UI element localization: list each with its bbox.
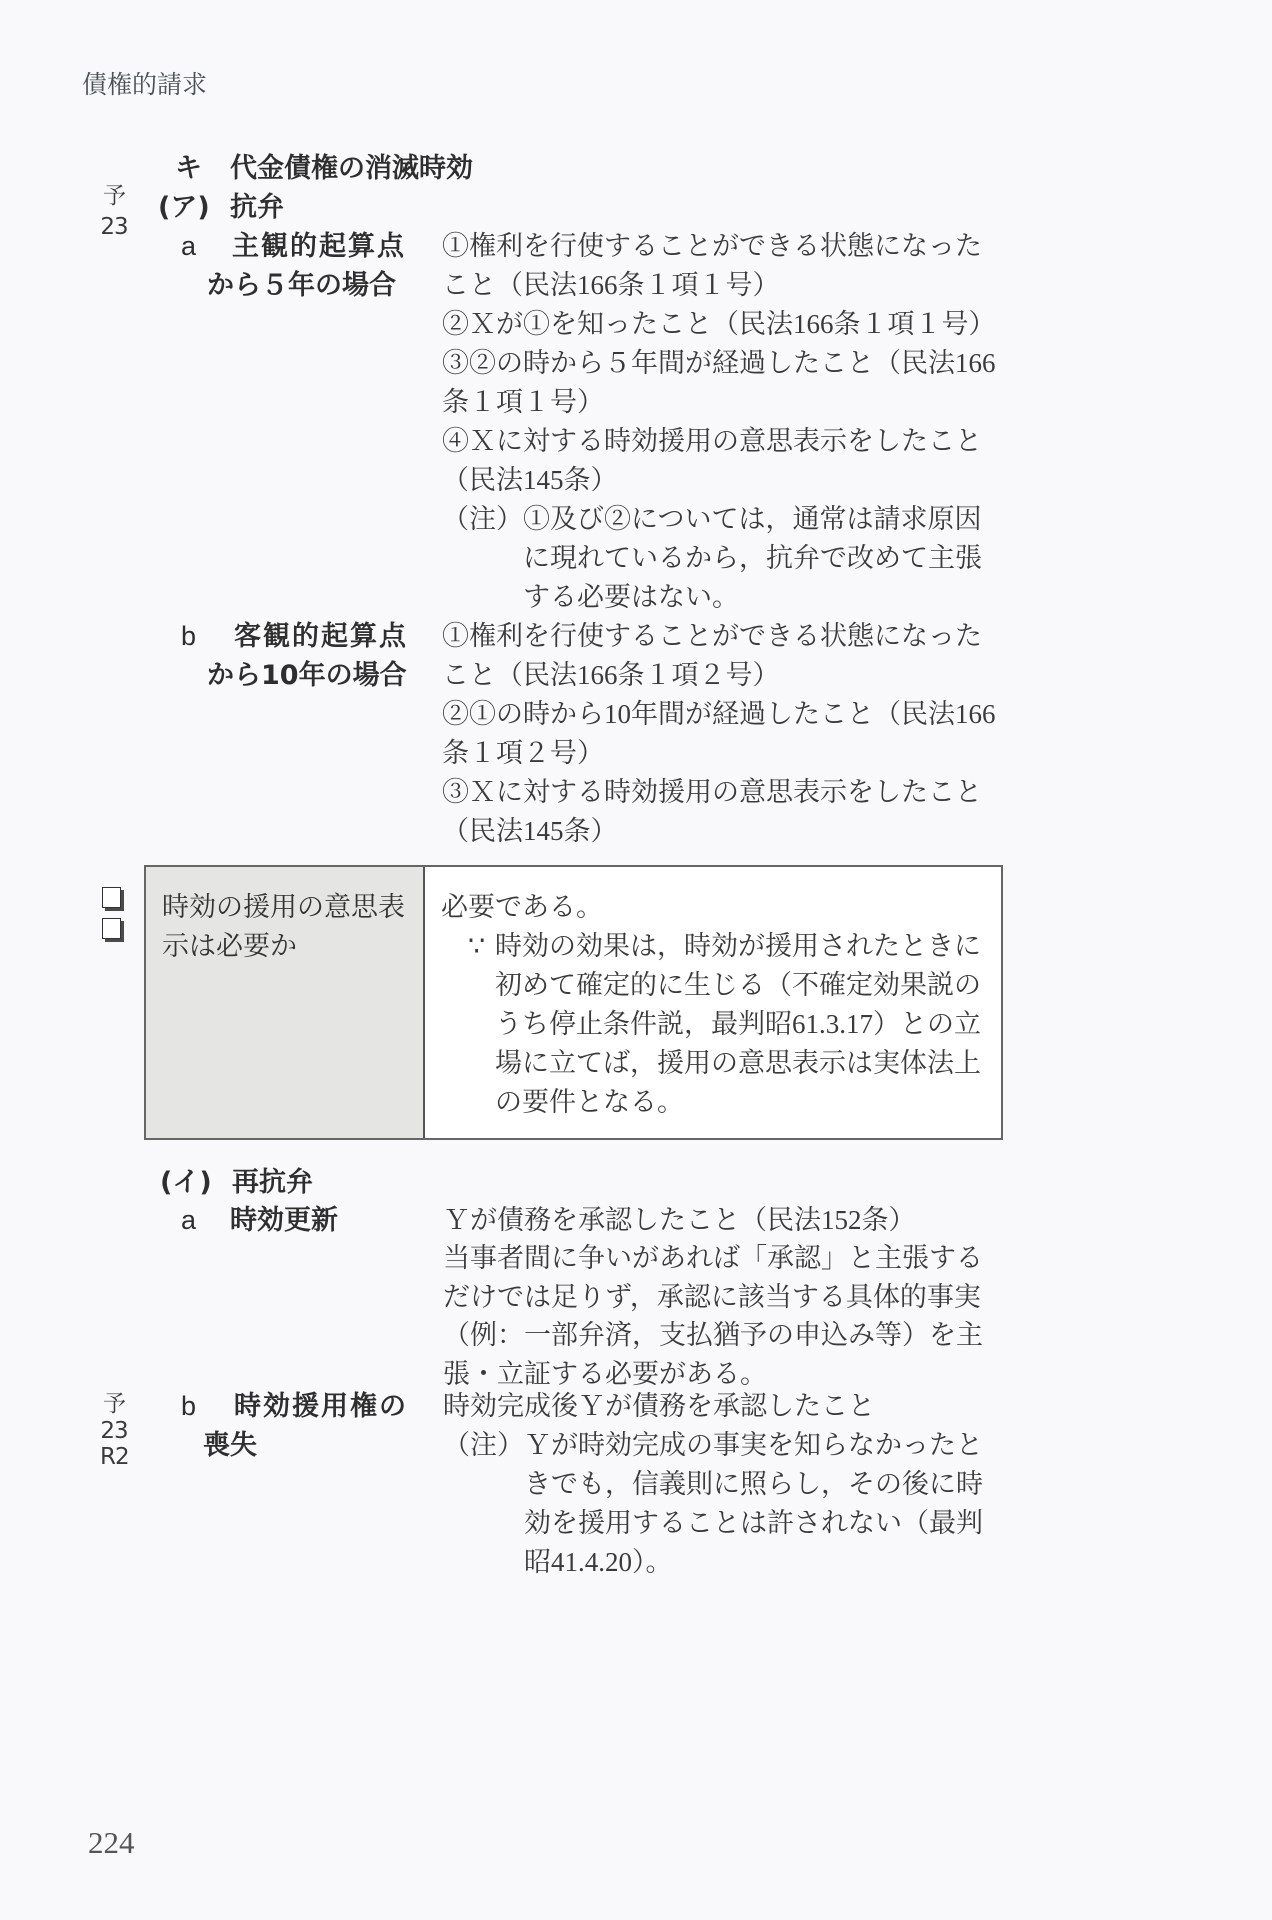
rebuttal-item-a-label: 時効更新 <box>230 1201 338 1240</box>
answer-line: 必要である。 <box>441 888 1001 927</box>
fact-line: （例：一部弁済，支払猶予の申込み等）を主 <box>443 1316 983 1355</box>
because-mark: ∵ <box>468 927 485 966</box>
section-title: 代金債権の消滅時効 <box>230 149 473 188</box>
qa-answer-cell: 必要である。 ∵ 時効の効果は，時効が援用されたときに 初めて確定的に生じる（不… <box>425 867 1001 1138</box>
exam-reference-mark-line: 予 <box>100 1391 128 1418</box>
fact-line: だけでは足りず，承認に該当する具体的事実 <box>443 1278 983 1317</box>
fact-line: ①権利を行使することができる状態になった <box>442 227 996 266</box>
question-line: 示は必要か <box>162 927 423 966</box>
defense-item-b-label: から10年の場合 <box>207 656 407 695</box>
fact-line: こと（民法166条１項２号） <box>442 656 996 695</box>
fact-line: こと（民法166条１項１号） <box>442 266 996 305</box>
exam-reference-mark-line: 23 <box>100 212 128 243</box>
note-line: に現れているから，抗弁で改めて主張 <box>523 539 996 578</box>
note-label: （注） <box>442 500 523 539</box>
review-checkbox-icon <box>102 887 121 908</box>
fact-line: ②①の時から10年間が経過したこと（民法166 <box>442 695 996 734</box>
exam-reference-mark-line: 予 <box>100 181 128 212</box>
note: （注） Ｙが時効完成の事実を知らなかったと きでも，信義則に照らし，その後に時 … <box>443 1426 983 1582</box>
defense-item-b-marker: b <box>181 617 196 656</box>
running-title: 債権的請求 <box>82 70 207 100</box>
defense-item-b-label: 客観的起算点 <box>234 617 408 656</box>
fact-line: ④Ｘに対する時効援用の意思表示をしたこと <box>442 422 996 461</box>
page-number: 224 <box>88 1825 135 1861</box>
note-line: ①及び②については，通常は請求原因 <box>523 500 996 539</box>
reason: ∵ 時効の効果は，時効が援用されたときに 初めて確定的に生じる（不確定効果説の … <box>441 927 1001 1122</box>
note-line: 効を援用することは許されない（最判 <box>524 1504 983 1543</box>
fact-line: 時効完成後Ｙが債務を承認したこと <box>443 1387 983 1426</box>
note-line: する必要はない。 <box>523 578 996 617</box>
exam-reference-mark-line: R2 <box>100 1444 128 1471</box>
exam-reference-mark: 予 23 R2 <box>100 1391 128 1471</box>
reason-line: 場に立てば，援用の意思表示は実体法上 <box>495 1044 1001 1083</box>
defense-marker: (ア) <box>158 188 210 227</box>
question-line: 時効の援用の意思表 <box>162 888 423 927</box>
defense-item-a-facts: ①権利を行使することができる状態になった こと（民法166条１項１号） ②Ｘが①… <box>442 227 996 617</box>
fact-line: （民法145条） <box>442 812 996 851</box>
section-marker: キ <box>175 149 202 188</box>
fact-line: 当事者間に争いがあれば「承認」と主張する <box>443 1239 983 1278</box>
reason-line: 初めて確定的に生じる（不確定効果説の <box>495 966 1001 1005</box>
rebuttal-marker: (イ) <box>160 1163 212 1202</box>
qa-box: 時効の援用の意思表 示は必要か 必要である。 ∵ 時効の効果は，時効が援用された… <box>144 865 1003 1140</box>
review-checkbox-icon <box>102 918 121 939</box>
defense-title: 抗弁 <box>230 188 284 227</box>
note: （注） ①及び②については，通常は請求原因 に現れているから，抗弁で改めて主張 … <box>442 500 996 617</box>
note-label: （注） <box>443 1426 524 1465</box>
book-page: 債権的請求 キ 代金債権の消滅時効 予 23 (ア) 抗弁 a 主観的起算点 か… <box>0 0 1272 1920</box>
exam-reference-mark: 予 23 <box>100 181 128 243</box>
rebuttal-title: 再抗弁 <box>232 1163 313 1202</box>
reason-line: の要件となる。 <box>495 1083 1001 1122</box>
fact-line: ②Ｘが①を知ったこと（民法166条１項１号） <box>442 305 996 344</box>
note-line: きでも，信義則に照らし，その後に時 <box>524 1465 983 1504</box>
exam-reference-mark-line: 23 <box>100 1418 128 1445</box>
rebuttal-item-b-marker: b <box>181 1387 196 1426</box>
fact-line: （民法145条） <box>442 461 996 500</box>
defense-item-a-label: から５年の場合 <box>207 266 396 305</box>
note-line: Ｙが時効完成の事実を知らなかったと <box>524 1426 983 1465</box>
reason-line: 時効の効果は，時効が援用されたときに <box>495 927 1001 966</box>
fact-line: 条１項２号） <box>442 734 996 773</box>
fact-line: ③Ｘに対する時効援用の意思表示をしたこと <box>442 773 996 812</box>
note-line: 昭41.4.20）。 <box>524 1543 983 1582</box>
fact-line: ③②の時から５年間が経過したこと（民法166 <box>442 344 996 383</box>
defense-item-a-marker: a <box>181 227 196 266</box>
rebuttal-item-a-facts: Ｙが債務を承認したこと（民法152条） 当事者間に争いがあれば「承認」と主張する… <box>443 1201 983 1394</box>
rebuttal-item-b-label: 時効援用権の <box>234 1387 408 1426</box>
rebuttal-item-a-marker: a <box>181 1201 196 1240</box>
rebuttal-item-b-label: 喪失 <box>203 1426 257 1465</box>
qa-question-cell: 時効の援用の意思表 示は必要か <box>146 867 425 1138</box>
reason-line: うち停止条件説，最判昭61.3.17）との立 <box>495 1005 1001 1044</box>
fact-line: ①権利を行使することができる状態になった <box>442 617 996 656</box>
fact-line: 条１項１号） <box>442 383 996 422</box>
fact-line: Ｙが債務を承認したこと（民法152条） <box>443 1201 983 1240</box>
defense-item-b-facts: ①権利を行使することができる状態になった こと（民法166条１項２号） ②①の時… <box>442 617 996 851</box>
rebuttal-item-b-facts: 時効完成後Ｙが債務を承認したこと （注） Ｙが時効完成の事実を知らなかったと き… <box>443 1387 983 1582</box>
defense-item-a-label: 主観的起算点 <box>232 227 406 266</box>
